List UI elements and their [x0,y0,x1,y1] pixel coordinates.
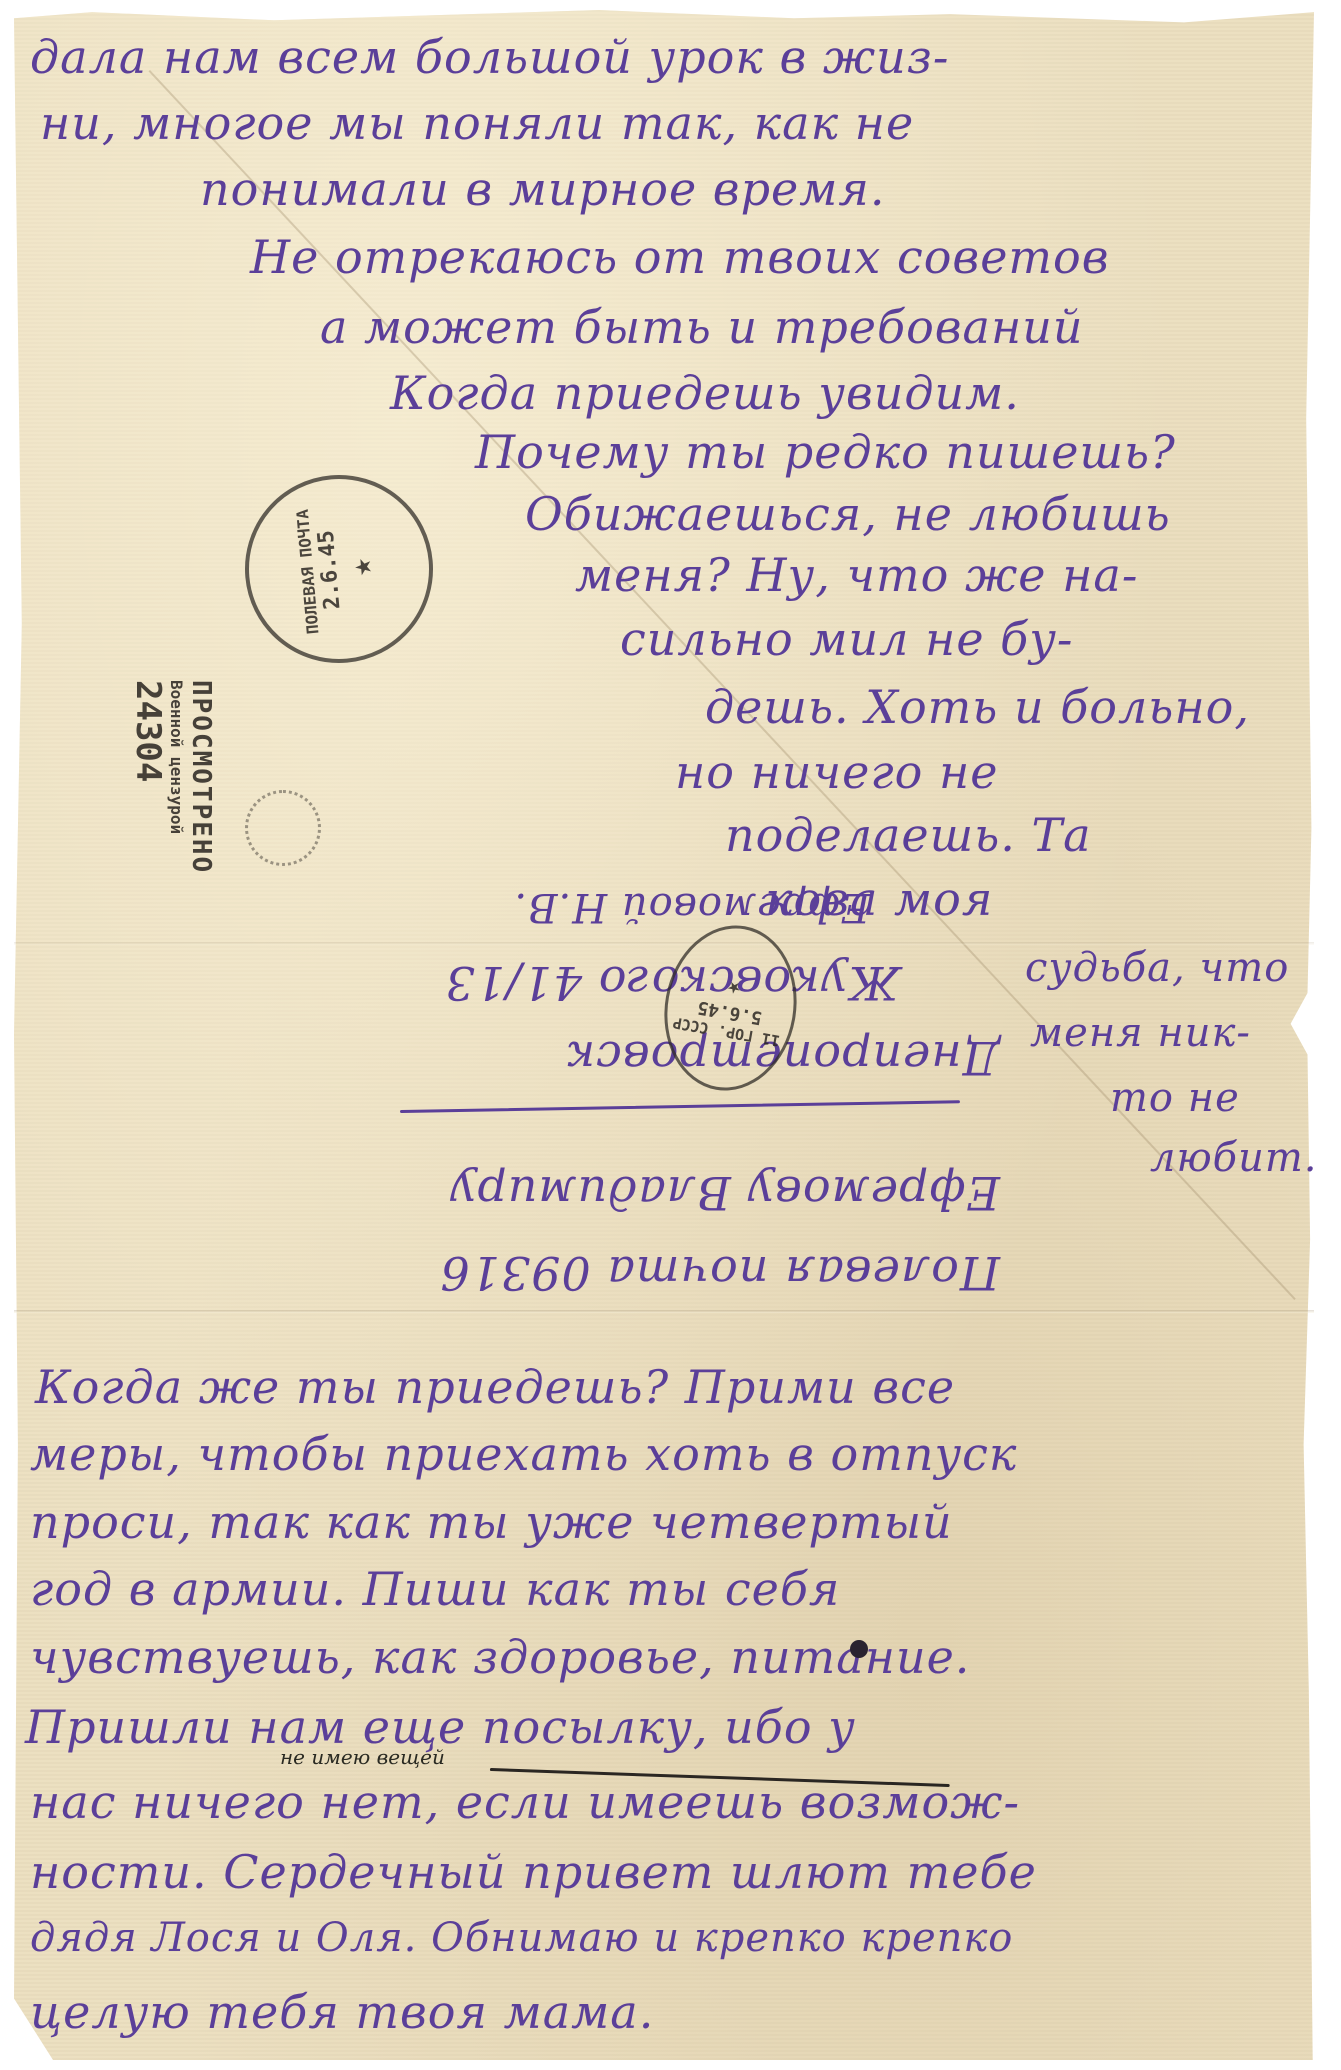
address-line: Ефремовой Н.В. [513,884,870,930]
letter-line: целую тебя твоя мама. [30,1985,654,2039]
letter-line: проси, так как ты уже четвертый [30,1495,953,1549]
letter-line: дядя Лося и Оля. Обнимаю и крепко крепко [30,1915,1013,1961]
faded-postmark [245,790,321,866]
letter-line: чувствуешь, как здоровье, питание. [30,1630,970,1684]
letter-line: судьба, что [1025,945,1289,991]
address-line: Полевая почта 09316 [439,1246,1000,1300]
ink-blot [850,1640,868,1658]
censor-stamp: ПРОСМОТРЕНО Военной цензурой 24304 [128,680,215,874]
letter-line: год в армии. Пиши как ты себя [30,1562,840,1616]
letter-line: понимали в мирное время. [200,162,885,216]
insertion-note: не имею вещей [280,1745,445,1769]
letter-line: ности. Сердечный привет шлют тебе [30,1845,1037,1899]
censor-stamp-title: ПРОСМОТРЕНО [185,680,215,874]
letter-line: Обижаешься, не любишь [525,487,1171,541]
horizontal-fold [14,1310,1314,1313]
letter-line: сильно мил не бу- [620,612,1073,666]
letter-line: нас ничего нет, если имеешь возмож- [30,1775,1020,1829]
letter-line: меня? Ну, что же на- [575,548,1138,602]
letter-line: но ничего не [675,745,998,799]
letter-line: ни, многое мы поняли так, как не [40,96,914,150]
letter-line: меры, чтобы приехать хоть в отпуск [30,1427,1017,1481]
letter-line: меня ник- [1030,1010,1251,1056]
address-line: Ефремову Владимиру [449,1166,1000,1220]
letter-line: Когда же ты приедешь? Прими все [35,1360,955,1414]
letter-line: дала нам всем большой урок в жиз- [30,30,949,84]
letter-line: то не [1110,1075,1240,1121]
letter-line: Когда приедешь увидим. [390,366,1020,420]
letter-line: а может быть и требований [320,300,1084,354]
letter-line: Почему ты редко пишешь? [475,425,1176,479]
letter-line: Не отрекаюсь от твоих советов [250,230,1110,284]
letter-line: поделаешь. Та [725,808,1092,862]
censor-stamp-subtitle: Военной цензурой [167,680,185,874]
letter-line: дешь. Хоть и больно, [705,680,1250,734]
censor-stamp-number: 24304 [128,680,167,874]
letter-line: любит. [1150,1135,1318,1181]
